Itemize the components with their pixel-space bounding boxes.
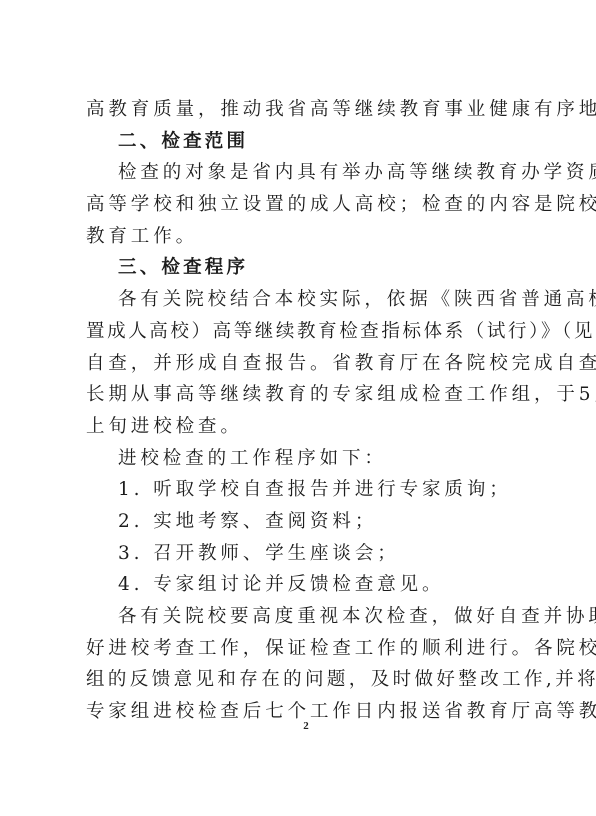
paragraph-line: 各有关院校结合本校实际，依据《陕西省普通高校（独立设 — [86, 284, 526, 316]
procedure-step: 2. 实地考察、查阅资料； — [86, 506, 526, 538]
section-heading-procedure: 三、检查程序 — [86, 252, 526, 284]
section-heading-scope: 二、检查范围 — [86, 126, 526, 158]
page-number: 2 — [300, 720, 312, 732]
procedure-step: 4. 专家组讨论并反馈检查意见。 — [86, 569, 526, 601]
procedure-step: 3. 召开教师、学生座谈会； — [86, 538, 526, 570]
paragraph-line: 长期从事高等继续教育的专家组成检查工作组，于5月下旬—6月 — [86, 379, 526, 411]
procedure-intro: 进校检查的工作程序如下： — [86, 443, 526, 475]
paragraph-line: 各有关院校要高度重视本次检查，做好自查并协助专家组做 — [86, 601, 526, 633]
paragraph-line: 高等学校和独立设置的成人高校；检查的内容是院校的高等继续 — [86, 189, 526, 221]
paragraph-line: 教育工作。 — [86, 221, 526, 253]
paragraph-line: 好进校考查工作，保证检查工作的顺利进行。各院校要针对专家 — [86, 633, 526, 665]
paragraph-line: 检查的对象是省内具有举办高等继续教育办学资质的普通 — [86, 157, 526, 189]
document-page: 高教育质量，推动我省高等继续教育事业健康有序地向前发展。 二、检查范围 检查的对… — [0, 0, 596, 816]
paragraph-line: 组的反馈意见和存在的问题，及时做好整改工作,并将整改报告于 — [86, 664, 526, 696]
paragraph-line: 自查，并形成自查报告。省教育厅在各院校完成自查工作后，聘请 — [86, 348, 526, 380]
continuation-line: 高教育质量，推动我省高等继续教育事业健康有序地向前发展。 — [86, 94, 526, 126]
procedure-step: 1. 听取学校自查报告并进行专家质询； — [86, 474, 526, 506]
document-body: 高教育质量，推动我省高等继续教育事业健康有序地向前发展。 二、检查范围 检查的对… — [86, 94, 526, 728]
paragraph-line: 置成人高校）高等继续教育检查指标体系（试行）》（见附件）进行 — [86, 316, 526, 348]
paragraph-line: 上旬进校检查。 — [86, 411, 526, 443]
